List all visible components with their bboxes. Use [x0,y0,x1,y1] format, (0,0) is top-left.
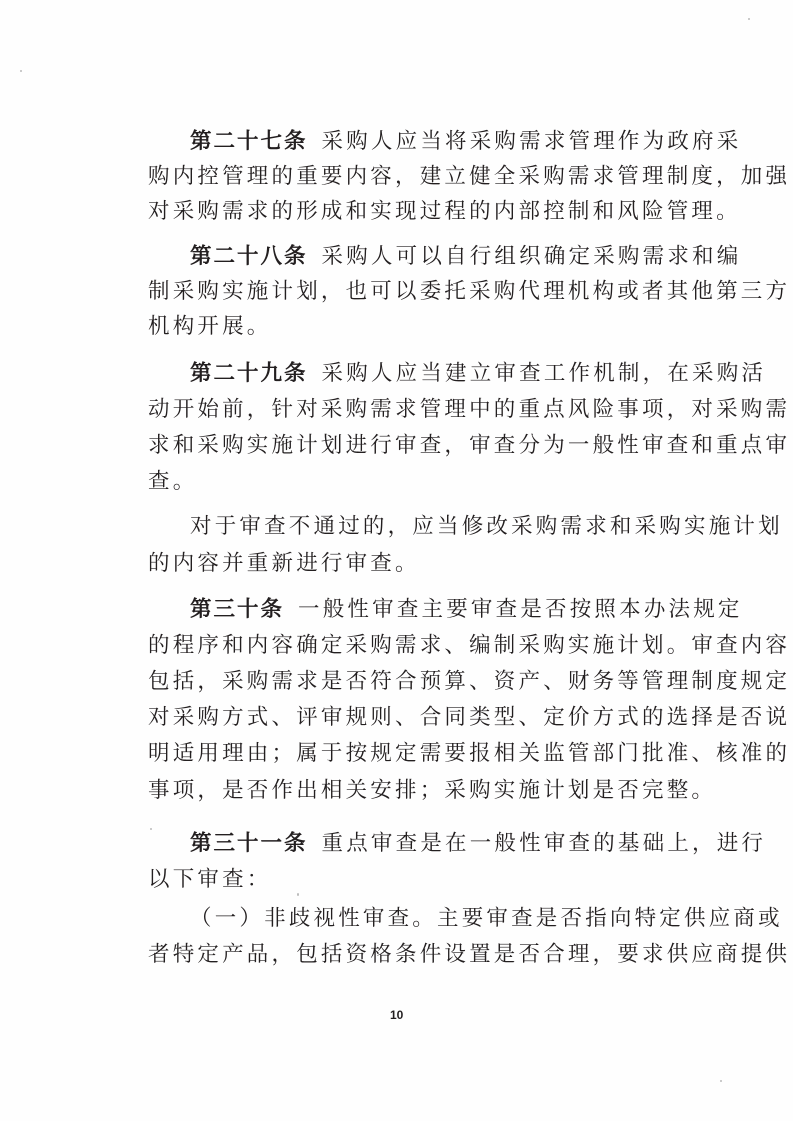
scan-speck [20,70,22,72]
article-28-line-2: 制采购实施计划，也可以委托采购代理机构或者其他第三方 [148,278,658,306]
article-30-heading: 第三十条 [190,597,284,622]
article-28-line-3: 机构开展。 [148,313,658,341]
scan-speck [748,18,750,20]
article-27-line-2: 购内控管理的重要内容，建立健全采购需求管理制度，加强 [148,163,658,191]
article-31-heading: 第三十一条 [190,831,308,856]
article-29-line-2: 动开始前，针对采购需求管理中的重点风险事项，对采购需 [148,396,658,424]
article-28-heading: 第二十八条 [190,244,308,269]
review-failure-line-2: 的内容并重新进行审查。 [148,550,658,578]
item-1-line-1: （一）非歧视性审查。主要审查是否指向特定供应商或 [190,905,658,933]
scan-speck [150,828,152,830]
article-30-line-4: 对采购方式、评审规则、合同类型、定价方式的选择是否说 [148,704,658,732]
article-28-line-1: 第二十八条采购人可以自行组织确定采购需求和编 [190,243,658,271]
article-29-line-1: 第二十九条采购人应当建立审查工作机制，在采购活 [190,360,658,388]
article-27-line-1: 第二十七条采购人应当将采购需求管理作为政府采 [190,128,658,156]
article-29-line-4: 查。 [148,468,658,496]
article-30-line-3: 包括，采购需求是否符合预算、资产、财务等管理制度规定； [148,668,658,696]
item-1-line-2: 者特定产品，包括资格条件设置是否合理，要求供应商提供 [148,941,658,969]
article-30-line-6: 事项，是否作出相关安排；采购实施计划是否完整。 [148,777,658,805]
scan-speck [297,893,299,896]
page-number: 10 [390,1008,403,1022]
review-failure-line-1: 对于审查不通过的，应当修改采购需求和采购实施计划 [190,513,658,541]
article-31-line-1: 第三十一条重点审查是在一般性审查的基础上，进行 [190,830,658,858]
article-30-line-2: 的程序和内容确定采购需求、编制采购实施计划。审查内容 [148,632,658,660]
article-29-line-3: 求和采购实施计划进行审查，审查分为一般性审查和重点审 [148,432,658,460]
article-30-line-1: 第三十条一般性审查主要审查是否按照本办法规定 [190,596,658,624]
article-30-line-5: 明适用理由；属于按规定需要报相关监管部门批准、核准的 [148,740,658,768]
article-27-line-3: 对采购需求的形成和实现过程的内部控制和风险管理。 [148,198,658,226]
article-27-heading: 第二十七条 [190,129,308,154]
document-page: 第二十七条采购人应当将采购需求管理作为政府采 购内控管理的重要内容，建立健全采购… [0,0,793,1121]
article-29-heading: 第二十九条 [190,361,308,386]
article-31-line-2: 以下审查： [148,866,658,894]
scan-speck [720,1080,722,1082]
